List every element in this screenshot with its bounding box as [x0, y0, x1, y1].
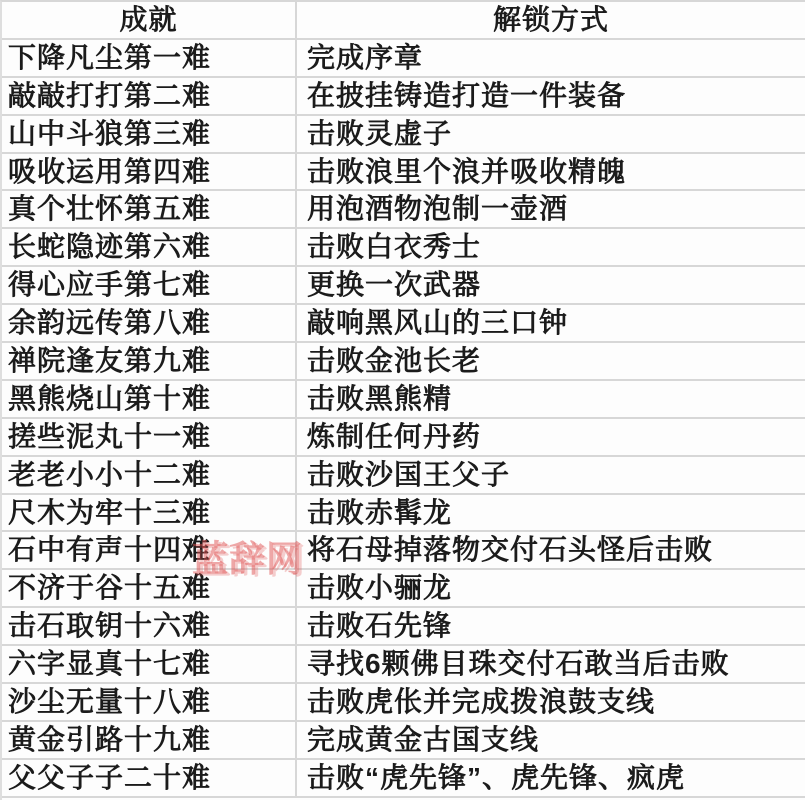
achievement-cell: 余韵远传第八难	[2, 305, 297, 343]
table-body: 下降凡尘第一难完成序章敲敲打打第二难在披挂铸造打造一件装备山中斗狼第三难击败灵虚…	[2, 40, 805, 798]
unlock-method-cell: 完成序章	[297, 40, 805, 78]
table-row: 黄金引路十九难完成黄金古国支线	[2, 722, 805, 760]
unlock-method-cell: 击败金池长老	[297, 343, 805, 381]
achievements-table: 成就 解锁方式 下降凡尘第一难完成序章敲敲打打第二难在披挂铸造打造一件装备山中斗…	[0, 0, 805, 800]
table-row: 沙尘无量十八难击败虎伥并完成拨浪鼓支线	[2, 684, 805, 722]
achievement-cell: 击石取钥十六难	[2, 608, 297, 646]
table-row: 石中有声十四难将石母掉落物交付石头怪后击败	[2, 532, 805, 570]
achievement-cell: 敲敲打打第二难	[2, 78, 297, 116]
table-row: 击石取钥十六难击败石先锋	[2, 608, 805, 646]
unlock-method-cell: 更换一次武器	[297, 267, 805, 305]
unlock-method-cell: 击败石先锋	[297, 608, 805, 646]
unlock-method-cell: 击败灵虚子	[297, 116, 805, 154]
unlock-method-cell: 击败虎伥并完成拨浪鼓支线	[297, 684, 805, 722]
table-row: 下降凡尘第一难完成序章	[2, 40, 805, 78]
table-row: 黑熊烧山第十难击败黑熊精	[2, 381, 805, 419]
unlock-method-cell: 击败“虎先锋”、虎先锋、疯虎	[297, 760, 805, 798]
achievement-cell: 父父子子二十难	[2, 760, 297, 798]
achievement-cell: 黄金引路十九难	[2, 722, 297, 760]
unlock-method-cell: 寻找6颗佛目珠交付石敢当后击败	[297, 646, 805, 684]
table-row: 不济于谷十五难击败小骊龙	[2, 570, 805, 608]
unlock-method-cell: 击败赤髯龙	[297, 495, 805, 533]
unlock-method-cell: 炼制任何丹药	[297, 419, 805, 457]
table-header-row: 成就 解锁方式	[2, 2, 805, 40]
unlock-method-cell: 击败黑熊精	[297, 381, 805, 419]
table-row: 山中斗狼第三难击败灵虚子	[2, 116, 805, 154]
achievement-cell: 禅院逢友第九难	[2, 343, 297, 381]
achievement-cell: 石中有声十四难	[2, 532, 297, 570]
achievement-cell: 老老小小十二难	[2, 457, 297, 495]
unlock-method-cell: 击败浪里个浪并吸收精魄	[297, 154, 805, 192]
achievement-cell: 真个壮怀第五难	[2, 191, 297, 229]
unlock-method-cell: 敲响黑风山的三口钟	[297, 305, 805, 343]
unlock-method-cell: 击败沙国王父子	[297, 457, 805, 495]
achievement-cell: 下降凡尘第一难	[2, 40, 297, 78]
table-row: 敲敲打打第二难在披挂铸造打造一件装备	[2, 78, 805, 116]
table-row: 余韵远传第八难敲响黑风山的三口钟	[2, 305, 805, 343]
achievement-cell: 沙尘无量十八难	[2, 684, 297, 722]
table-row: 长蛇隐迹第六难击败白衣秀士	[2, 229, 805, 267]
unlock-method-cell: 击败小骊龙	[297, 570, 805, 608]
achievement-cell: 山中斗狼第三难	[2, 116, 297, 154]
table-row: 尺木为牢十三难击败赤髯龙	[2, 495, 805, 533]
achievement-cell: 尺木为牢十三难	[2, 495, 297, 533]
table-row: 父父子子二十难击败“虎先锋”、虎先锋、疯虎	[2, 760, 805, 798]
achievement-cell: 黑熊烧山第十难	[2, 381, 297, 419]
table-row: 六字显真十七难寻找6颗佛目珠交付石敢当后击败	[2, 646, 805, 684]
achievement-cell: 搓些泥丸十一难	[2, 419, 297, 457]
unlock-method-cell: 将石母掉落物交付石头怪后击败	[297, 532, 805, 570]
column-header-unlock: 解锁方式	[297, 2, 805, 40]
table-row: 老老小小十二难击败沙国王父子	[2, 457, 805, 495]
unlock-method-cell: 用泡酒物泡制一壶酒	[297, 191, 805, 229]
table-row: 禅院逢友第九难击败金池长老	[2, 343, 805, 381]
achievement-cell: 六字显真十七难	[2, 646, 297, 684]
unlock-method-cell: 击败白衣秀士	[297, 229, 805, 267]
table-row: 真个壮怀第五难用泡酒物泡制一壶酒	[2, 191, 805, 229]
table-row: 吸收运用第四难击败浪里个浪并吸收精魄	[2, 154, 805, 192]
achievement-cell: 长蛇隐迹第六难	[2, 229, 297, 267]
achievement-cell: 吸收运用第四难	[2, 154, 297, 192]
table-row: 搓些泥丸十一难炼制任何丹药	[2, 419, 805, 457]
unlock-method-cell: 完成黄金古国支线	[297, 722, 805, 760]
achievement-cell: 不济于谷十五难	[2, 570, 297, 608]
table-row: 得心应手第七难更换一次武器	[2, 267, 805, 305]
achievement-cell: 得心应手第七难	[2, 267, 297, 305]
column-header-achievement: 成就	[2, 2, 297, 40]
unlock-method-cell: 在披挂铸造打造一件装备	[297, 78, 805, 116]
